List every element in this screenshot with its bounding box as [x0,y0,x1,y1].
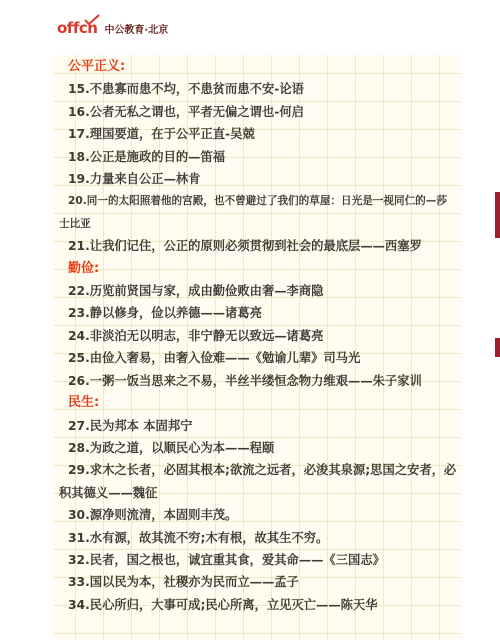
quote-item: 15.不患寡而患不均，不患贫而患不安-论语 [59,78,457,100]
quote-item: 21.让我们记住，公正的原则必须贯彻到社会的最底层——西塞罗 [59,235,457,257]
quote-item: 31.水有源，故其流不穷;木有根，故其生不穷。 [59,527,457,549]
quote-item: 34.民心所归，大事可成;民心所离，立见灭亡——陈天华 [59,594,457,616]
red-edge-marker [495,192,500,238]
quote-item: 24.非淡泊无以明志，非宁静无以致远—诸葛亮 [59,325,457,347]
quote-item: 26.一粥一饭当思来之不易，半丝半缕恒念物力维艰——朱子家训 [59,370,457,392]
quote-item: 23.静以修身，俭以养德——诸葛亮 [59,302,457,324]
quote-item: 22.历览前贤国与家，成由勤俭败由奢—李商隐 [59,280,457,302]
section-title: 民生: [59,392,457,414]
offcn-brand-text: offcn [57,20,97,36]
quote-item: 19.力量来自公正—林肯 [59,168,457,190]
quote-item: 18.公正是施政的目的—笛福 [59,146,457,168]
quote-item: 28.为政之道，以顺民心为本——程颐 [59,437,457,459]
notebook-paper: 公平正义:15.不患寡而患不均，不患贫而患不安-论语16.公者无私之谓也，平者无… [53,55,461,640]
quote-item: 17.理国要道，在于公平正直-吴兢 [59,123,457,145]
logo-suffix-text: 中公教育·北京 [104,21,168,36]
quote-item: 29.求木之长者，必固其根本;欲流之远者，必浚其泉源;思国之安者，必积其德义——… [59,459,457,504]
red-edge-marker [495,338,500,357]
quote-item: 30.源净则流清，本固则丰茂。 [59,504,457,526]
quote-item: 33.国以民为本，社稷亦为民而立——孟子 [59,571,457,593]
quote-item: 27.民为邦本 本固邦宁 [59,415,457,437]
quote-item: 32.民者，国之根也，诚宜重其食，爱其命——《三国志》 [59,549,457,571]
page: offcn 中公教育·北京 公平正义:15.不患寡而患不均，不患贫而患不安-论语… [0,0,500,640]
offcn-logo: offcn 中公教育·北京 [57,19,168,37]
quotes-list: 公平正义:15.不患寡而患不均，不患贫而患不安-论语16.公者无私之谓也，平者无… [53,56,457,616]
quote-item: 16.公者无私之谓也，平者无偏之谓也-何启 [59,101,457,123]
quote-item: 20.同一的太阳照着他的宫殿，也不曾避过了我们的草屋：日光是一视同仁的—莎士比亚 [59,190,457,235]
quote-item: 25.由俭入奢易，由奢入俭难——《勉谕儿辈》司马光 [59,347,457,369]
section-title: 勤俭: [59,258,457,280]
offcn-check-icon [84,14,100,25]
section-title: 公平正义: [59,56,457,78]
